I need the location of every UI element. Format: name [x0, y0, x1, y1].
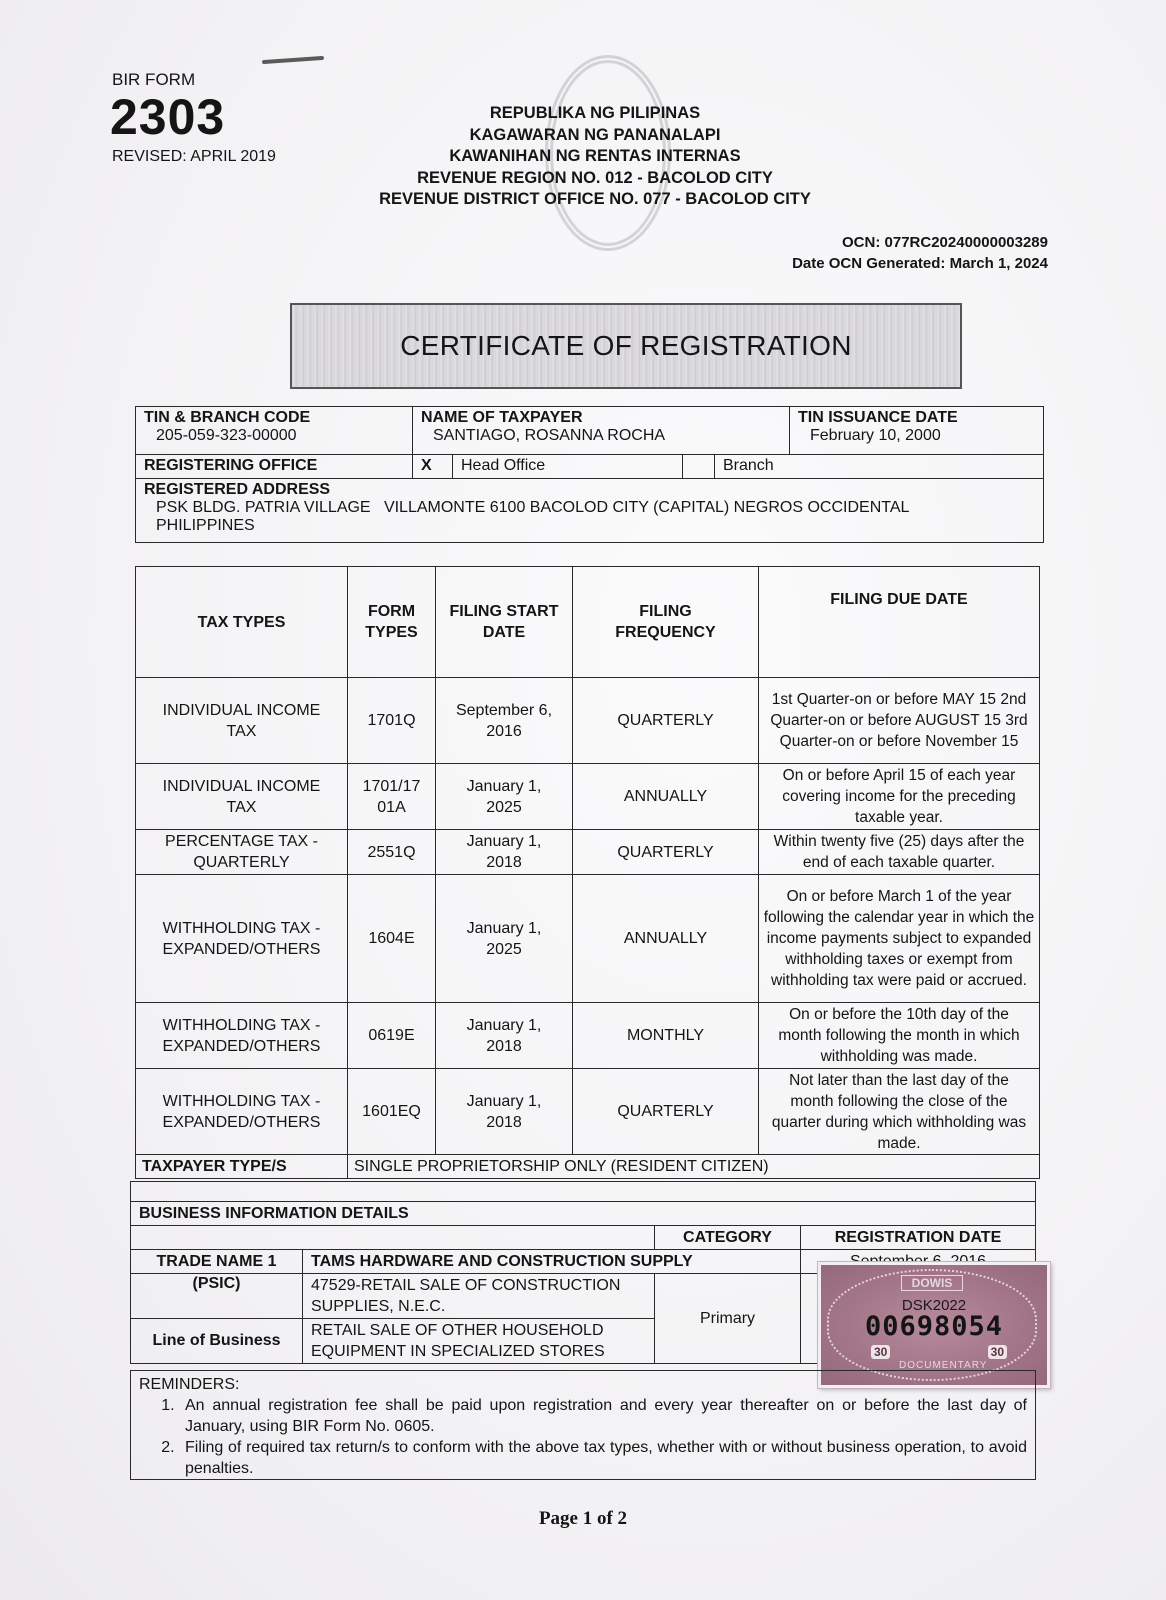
psic-label: (PSIC): [131, 1274, 303, 1319]
category-header: CATEGORY: [655, 1226, 801, 1250]
form-type: 1604E: [348, 875, 436, 1003]
tin-cell: TIN & BRANCH CODE 205-059-323-00000: [136, 407, 413, 455]
filing-frequency: ANNUALLY: [573, 875, 759, 1003]
form-type: 1601EQ: [348, 1069, 436, 1155]
header-filing-due-date: FILING DUE DATE: [759, 567, 1040, 678]
stamp-top-text: DOWIS: [901, 1275, 963, 1291]
filing-start-date: September 6, 2016: [436, 678, 573, 764]
filing-due-date: On or before March 1 of the year followi…: [759, 875, 1040, 1003]
trade-name-label: TRADE NAME 1: [131, 1250, 303, 1274]
filing-frequency: ANNUALLY: [573, 764, 759, 830]
form-type: 0619E: [348, 1003, 436, 1069]
agency-line: REVENUE DISTRICT OFFICE NO. 077 - BACOLO…: [350, 189, 840, 211]
taxpayer-info-table: TIN & BRANCH CODE 205-059-323-00000 NAME…: [135, 406, 1044, 543]
head-office-label: Head Office: [453, 455, 683, 479]
filing-due-date: On or before the 10th day of the month f…: [759, 1003, 1040, 1069]
taxpayer-name-value: SANTIAGO, ROSANNA ROCHA: [421, 427, 781, 445]
table-row: INDIVIDUAL INCOME TAX 1701Q September 6,…: [136, 678, 1040, 764]
table-row: WITHHOLDING TAX - EXPANDED/OTHERS 1601EQ…: [136, 1069, 1040, 1155]
filing-due-date: Within twenty five (25) days after the e…: [759, 830, 1040, 875]
filing-frequency: QUARTERLY: [573, 830, 759, 875]
tax-type: WITHHOLDING TAX - EXPANDED/OTHERS: [136, 875, 348, 1003]
header-filing-start-date: FILING START DATE: [436, 567, 573, 678]
tax-types-table: TAX TYPES FORM TYPES FILING START DATE F…: [135, 566, 1040, 1179]
stamp-denomination: 30: [871, 1345, 890, 1359]
agency-line: KAWANIHAN NG RENTAS INTERNAS: [350, 146, 840, 168]
table-row: WITHHOLDING TAX - EXPANDED/OTHERS 1604E …: [136, 875, 1040, 1003]
blank-cell: [131, 1226, 655, 1250]
certificate-title-text: CERTIFICATE OF REGISTRATION: [400, 330, 851, 362]
agency-line: REPUBLIKA NG PILIPINAS: [350, 103, 840, 125]
document-page: BIR FORM 2303 REVISED: APRIL 2019 REPUBL…: [0, 0, 1166, 1600]
form-revised-date: REVISED: APRIL 2019: [112, 148, 276, 166]
reminder-item: An annual registration fee shall be paid…: [179, 1395, 1027, 1437]
tin-value: 205-059-323-00000: [144, 427, 404, 445]
reminders-title: REMINDERS:: [139, 1374, 1027, 1395]
trade-name-value: TAMS HARDWARE AND CONSTRUCTION SUPPLY: [303, 1250, 801, 1274]
line-of-business-value: RETAIL SALE OF OTHER HOUSEHOLD EQUIPMENT…: [303, 1319, 655, 1364]
registering-office-label: REGISTERING OFFICE: [136, 455, 413, 479]
tax-type: PERCENTAGE TAX - QUARTERLY: [136, 830, 348, 875]
table-row: PERCENTAGE TAX - QUARTERLY 2551Q January…: [136, 830, 1040, 875]
ocn-number: OCN: 077RC20240000003289: [792, 232, 1048, 253]
head-office-checkbox: X: [413, 455, 453, 479]
certificate-title: CERTIFICATE OF REGISTRATION: [290, 303, 962, 389]
registration-date-header: REGISTRATION DATE: [801, 1226, 1036, 1250]
taxpayer-name-cell: NAME OF TAXPAYER SANTIAGO, ROSANNA ROCHA: [413, 407, 790, 455]
pen-mark: [262, 56, 324, 64]
filing-start-date: January 1, 2018: [436, 830, 573, 875]
agency-line: REVENUE REGION NO. 012 - BACOLOD CITY: [350, 168, 840, 190]
table-row: INDIVIDUAL INCOME TAX 1701/1701A January…: [136, 764, 1040, 830]
line-of-business-label: Line of Business: [131, 1319, 303, 1364]
filing-due-date: 1st Quarter-on or before MAY 15 2nd Quar…: [759, 678, 1040, 764]
form-label: BIR FORM: [112, 70, 195, 90]
filing-due-date: On or before April 15 of each year cover…: [759, 764, 1040, 830]
taxpayer-type-label: TAXPAYER TYPE/S: [136, 1155, 348, 1179]
reminders-box: REMINDERS: An annual registration fee sh…: [130, 1370, 1036, 1480]
filing-start-date: January 1, 2025: [436, 875, 573, 1003]
form-number: 2303: [110, 88, 225, 146]
filing-start-date: January 1, 2018: [436, 1069, 573, 1155]
tax-type: WITHHOLDING TAX - EXPANDED/OTHERS: [136, 1069, 348, 1155]
taxpayer-name-label: NAME OF TAXPAYER: [421, 409, 781, 427]
tin-label: TIN & BRANCH CODE: [144, 409, 404, 427]
spacer: [131, 1182, 1036, 1202]
psic-value: 47529-RETAIL SALE OF CONSTRUCTION SUPPLI…: [303, 1274, 655, 1319]
business-info-heading: BUSINESS INFORMATION DETAILS: [131, 1202, 1036, 1226]
filing-due-date: Not later than the last day of the month…: [759, 1069, 1040, 1155]
filing-start-date: January 1, 2018: [436, 1003, 573, 1069]
header-tax-types: TAX TYPES: [136, 567, 348, 678]
ocn-date: Date OCN Generated: March 1, 2024: [792, 253, 1048, 274]
filing-start-date: January 1, 2025: [436, 764, 573, 830]
tax-type: INDIVIDUAL INCOME TAX: [136, 764, 348, 830]
tax-type: WITHHOLDING TAX - EXPANDED/OTHERS: [136, 1003, 348, 1069]
agency-header: REPUBLIKA NG PILIPINAS KAGAWARAN NG PANA…: [350, 103, 840, 211]
registered-address-value: PSK BLDG. PATRIA VILLAGE VILLAMONTE 6100…: [144, 499, 996, 535]
stamp-denomination: 30: [988, 1345, 1007, 1359]
ocn-block: OCN: 077RC20240000003289 Date OCN Genera…: [792, 232, 1048, 274]
reminders-list: An annual registration fee shall be paid…: [139, 1395, 1027, 1479]
registered-address-cell: REGISTERED ADDRESS PSK BLDG. PATRIA VILL…: [136, 479, 1044, 543]
tin-issuance-value: February 10, 2000: [798, 427, 1035, 445]
filing-frequency: MONTHLY: [573, 1003, 759, 1069]
filing-frequency: QUARTERLY: [573, 1069, 759, 1155]
tin-issuance-cell: TIN ISSUANCE DATE February 10, 2000: [790, 407, 1044, 455]
tax-type: INDIVIDUAL INCOME TAX: [136, 678, 348, 764]
category-value: Primary: [655, 1274, 801, 1364]
filing-frequency: QUARTERLY: [573, 678, 759, 764]
header-filing-frequency: FILING FREQUENCY: [573, 567, 759, 678]
stamp-serial: 00698054: [821, 1311, 1047, 1342]
form-type: 1701/1701A: [348, 764, 436, 830]
table-row: WITHHOLDING TAX - EXPANDED/OTHERS 0619E …: [136, 1003, 1040, 1069]
form-type: 2551Q: [348, 830, 436, 875]
registered-address-label: REGISTERED ADDRESS: [144, 481, 1035, 499]
form-type: 1701Q: [348, 678, 436, 764]
tin-issuance-label: TIN ISSUANCE DATE: [798, 409, 1035, 427]
header-form-types: FORM TYPES: [348, 567, 436, 678]
branch-label: Branch: [715, 455, 1044, 479]
branch-checkbox: [683, 455, 715, 479]
reminder-item: Filing of required tax return/s to confo…: [179, 1437, 1027, 1479]
page-number: Page 1 of 2: [0, 1508, 1166, 1530]
agency-line: KAGAWARAN NG PANANALAPI: [350, 125, 840, 147]
taxpayer-type-value: SINGLE PROPRIETORSHIP ONLY (RESIDENT CIT…: [348, 1155, 1040, 1179]
